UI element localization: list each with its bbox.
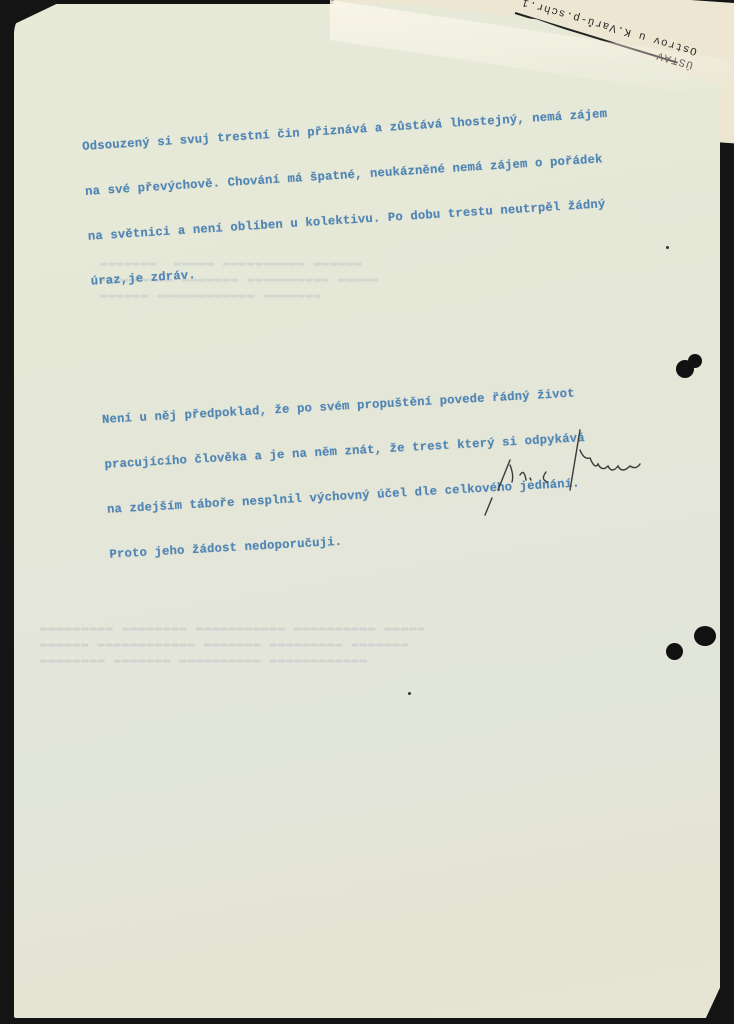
bleed-through-text: ▬▬▬▬▬▬▬▬▬ ▬▬▬▬▬▬▬▬ ▬▬▬▬▬▬▬▬▬▬▬ ▬▬▬▬▬▬▬▬▬… bbox=[40, 620, 425, 668]
ink-speck bbox=[408, 692, 411, 695]
text-line: na světnici a není oblíben u kolektivu. … bbox=[88, 197, 614, 245]
punch-hole bbox=[688, 354, 702, 368]
text-line: Odsouzený si svuj trestní čin přiznává a… bbox=[82, 107, 608, 155]
signature bbox=[480, 420, 680, 520]
punch-hole bbox=[666, 643, 683, 660]
assessment-paragraph: Odsouzený si svuj trestní čin přiznává a… bbox=[80, 77, 617, 305]
punch-hole bbox=[694, 626, 716, 646]
text-line: na své převýchově. Chování má špatné, ne… bbox=[85, 152, 611, 200]
ink-speck bbox=[666, 246, 669, 249]
